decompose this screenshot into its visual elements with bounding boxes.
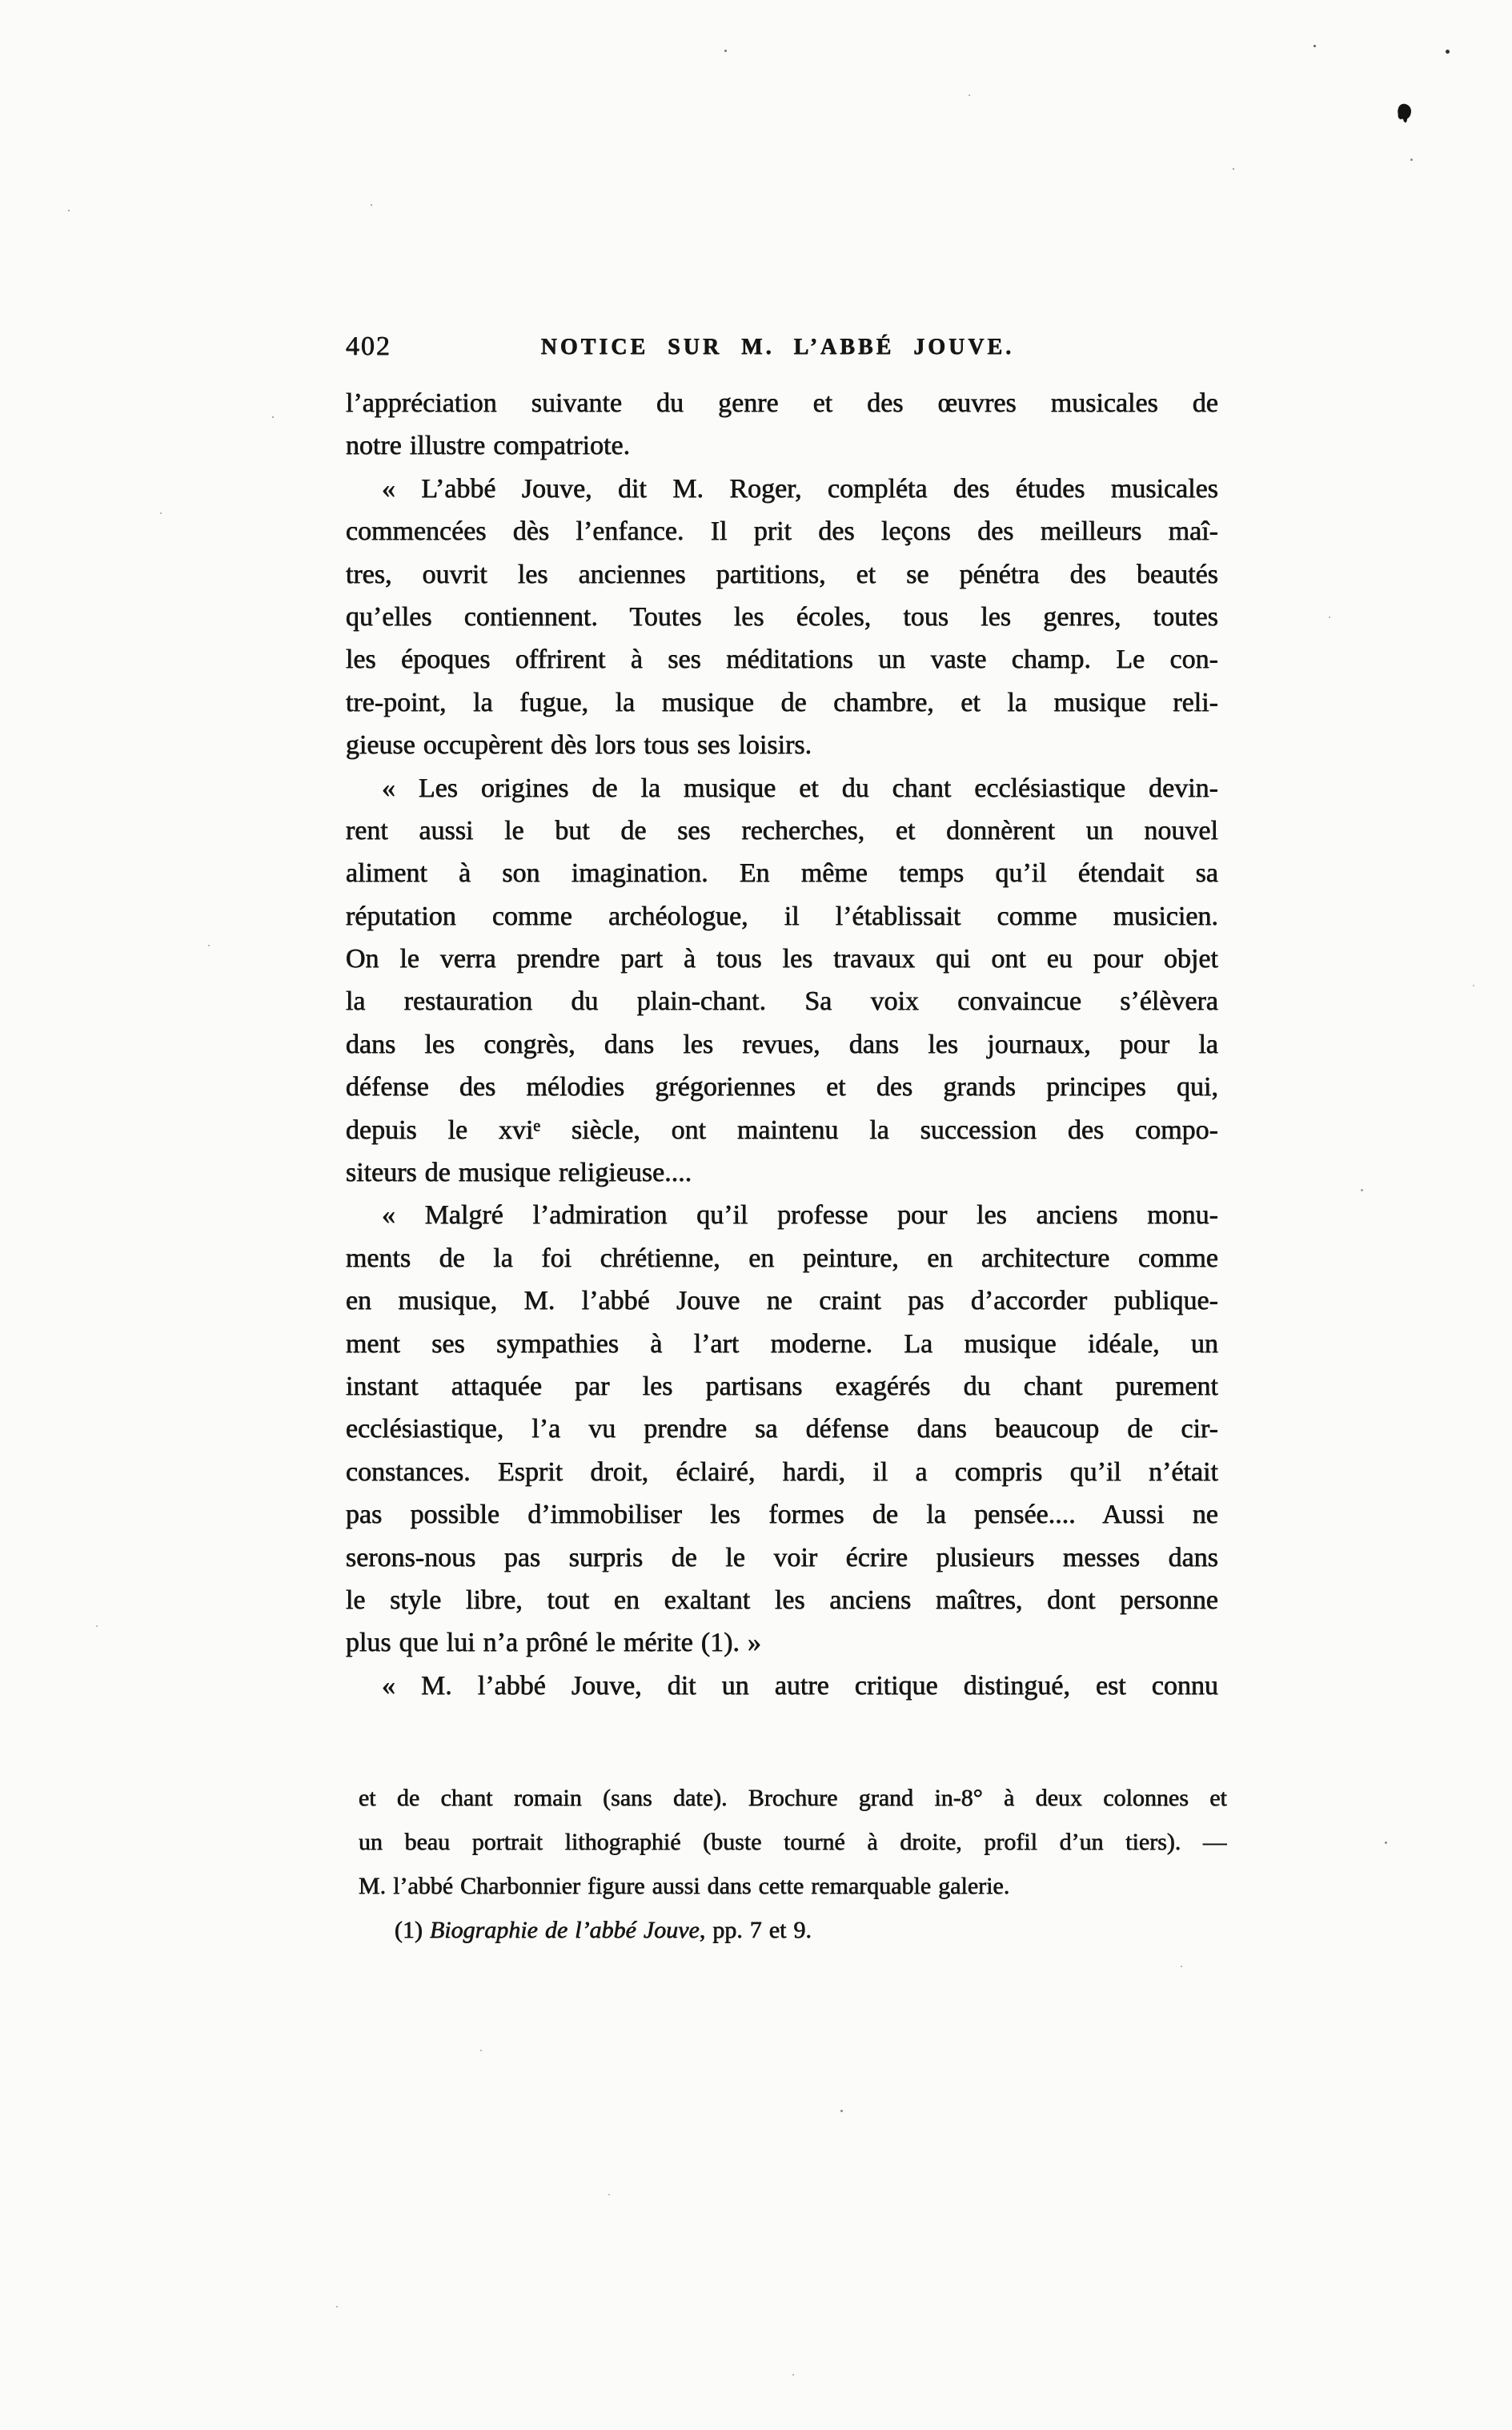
text-line: qu’elles contiennent. Toutes les écoles,… bbox=[346, 596, 1218, 638]
scan-speck bbox=[1329, 617, 1330, 618]
text-segment: l’appréciation suivante du genre et des … bbox=[346, 388, 1218, 418]
scan-speck bbox=[336, 2306, 338, 2307]
scan-speck bbox=[724, 50, 727, 52]
text-line: la restauration du plain-chant. Sa voix … bbox=[346, 980, 1218, 1022]
italic-citation-text: Biographie de l’abbé Jouve bbox=[430, 1917, 700, 1943]
page-number: 402 bbox=[346, 328, 391, 365]
scan-speck bbox=[1181, 1966, 1182, 1967]
text-segment: tre-point, la fugue, la musique de chamb… bbox=[346, 688, 1218, 717]
text-segment: « Les origines de la musique et du chant… bbox=[382, 773, 1218, 803]
text-line: ments de la foi chrétienne, en peinture,… bbox=[346, 1237, 1218, 1279]
text-line: « Les origines de la musique et du chant… bbox=[346, 767, 1218, 809]
footnote-block: et de chant romain (sans date). Brochure… bbox=[359, 1776, 1227, 1952]
text-line: et de chant romain (sans date). Brochure… bbox=[359, 1776, 1227, 1820]
text-line: « L’abbé Jouve, dit M. Roger, compléta d… bbox=[346, 468, 1218, 510]
text-segment: et de chant romain (sans date). Brochure… bbox=[359, 1785, 1227, 1811]
text-line: les époques offrirent à ses méditations … bbox=[346, 638, 1218, 681]
text-segment: dans les congrès, dans les revues, dans … bbox=[346, 1030, 1218, 1059]
text-line: tre-point, la fugue, la musique de chamb… bbox=[346, 681, 1218, 724]
text-segment: la restauration du plain-chant. Sa voix … bbox=[346, 986, 1218, 1016]
scan-speck bbox=[608, 2194, 610, 2195]
scan-speck bbox=[792, 2374, 794, 2376]
text-line: gieuse occupèrent dès lors tous ses lois… bbox=[346, 724, 1218, 766]
text-segment: ment ses sympathies à l’art moderne. La … bbox=[346, 1329, 1218, 1359]
text-segment: rent aussi le but de ses recherches, et … bbox=[346, 816, 1218, 845]
text-segment: siteurs de musique religieuse.... bbox=[346, 1158, 692, 1187]
scan-speck bbox=[969, 94, 970, 96]
text-segment: tres, ouvrit les anciennes partitions, e… bbox=[346, 560, 1218, 589]
text-line: M. l’abbé Charbonnier figure aussi dans … bbox=[359, 1864, 1227, 1908]
text-segment: ecclésiastique, l’a vu prendre sa défens… bbox=[346, 1414, 1218, 1444]
text-segment: pas possible d’immobiliser les formes de… bbox=[346, 1500, 1218, 1529]
scan-speck bbox=[1385, 1842, 1387, 1844]
text-segment: depuis le xviᵉ siècle, ont maintenu la s… bbox=[346, 1115, 1218, 1145]
text-segment: M. l’abbé Charbonnier figure aussi dans … bbox=[359, 1873, 1009, 1899]
text-line: tres, ouvrit les anciennes partitions, e… bbox=[346, 553, 1218, 596]
text-line: l’appréciation suivante du genre et des … bbox=[346, 382, 1218, 424]
text-segment: constances. Esprit droit, éclairé, hardi… bbox=[346, 1457, 1218, 1487]
text-line: (1) Biographie de l’abbé Jouve, pp. 7 et… bbox=[359, 1908, 1227, 1952]
text-segment: réputation comme archéologue, il l’établ… bbox=[346, 902, 1218, 931]
text-segment: en musique, M. l’abbé Jouve ne craint pa… bbox=[346, 1286, 1218, 1315]
text-segment: plus que lui n’a prôné le mérite (1). » bbox=[346, 1628, 761, 1657]
text-segment: commencées dès l’enfance. Il prit des le… bbox=[346, 516, 1218, 546]
text-segment: un beau portrait lithographié (buste tou… bbox=[359, 1829, 1227, 1855]
body-text-block: l’appréciation suivante du genre et des … bbox=[346, 382, 1218, 1707]
text-segment: notre illustre compatriote. bbox=[346, 431, 630, 460]
scan-speck bbox=[68, 210, 70, 211]
text-line: dans les congrès, dans les revues, dans … bbox=[346, 1023, 1218, 1066]
scanned-book-page: 402 NOTICE SUR M. L’ABBÉ JOUVE. l’appréc… bbox=[0, 0, 1512, 2430]
scan-speck bbox=[272, 416, 274, 418]
running-header: 402 NOTICE SUR M. L’ABBÉ JOUVE. bbox=[346, 328, 1218, 365]
scan-speck bbox=[1313, 45, 1316, 47]
text-segment: « M. l’abbé Jouve, dit un autre critique… bbox=[382, 1671, 1218, 1701]
text-line: en musique, M. l’abbé Jouve ne craint pa… bbox=[346, 1279, 1218, 1322]
text-line: plus que lui n’a prôné le mérite (1). » bbox=[346, 1621, 1218, 1664]
text-line: serons-nous pas surpris de le voir écrir… bbox=[346, 1536, 1218, 1579]
text-segment: le style libre, tout en exaltant les anc… bbox=[346, 1585, 1218, 1615]
text-segment: (1) bbox=[395, 1917, 430, 1943]
scan-speck bbox=[1361, 1189, 1363, 1191]
text-segment: On le verra prendre part à tous les trav… bbox=[346, 944, 1218, 974]
text-line: siteurs de musique religieuse.... bbox=[346, 1151, 1218, 1194]
text-line: un beau portrait lithographié (buste tou… bbox=[359, 1820, 1227, 1864]
text-line: aliment à son imagination. En même temps… bbox=[346, 852, 1218, 894]
scan-speck bbox=[480, 2050, 482, 2051]
text-line: ecclésiastique, l’a vu prendre sa défens… bbox=[346, 1408, 1218, 1450]
text-line: pas possible d’immobiliser les formes de… bbox=[346, 1493, 1218, 1536]
text-segment: les époques offrirent à ses méditations … bbox=[346, 645, 1218, 674]
text-line: réputation comme archéologue, il l’établ… bbox=[346, 895, 1218, 938]
text-line: On le verra prendre part à tous les trav… bbox=[346, 938, 1218, 980]
scan-speck bbox=[1473, 985, 1474, 986]
text-line: « M. l’abbé Jouve, dit un autre critique… bbox=[346, 1665, 1218, 1707]
text-line: commencées dès l’enfance. Il prit des le… bbox=[346, 510, 1218, 552]
scan-speck bbox=[840, 2110, 843, 2112]
text-line: rent aussi le but de ses recherches, et … bbox=[346, 809, 1218, 852]
scan-speck bbox=[1446, 50, 1450, 54]
scan-speck bbox=[1410, 159, 1413, 161]
text-line: notre illustre compatriote. bbox=[346, 424, 1218, 467]
text-line: « Malgré l’admiration qu’il professe pou… bbox=[346, 1194, 1218, 1236]
text-line: le style libre, tout en exaltant les anc… bbox=[346, 1579, 1218, 1621]
running-title: NOTICE SUR M. L’ABBÉ JOUVE. bbox=[541, 329, 1014, 366]
text-segment: serons-nous pas surpris de le voir écrir… bbox=[346, 1543, 1218, 1572]
ink-blot bbox=[1395, 102, 1413, 121]
scan-speck bbox=[160, 512, 162, 514]
text-segment: , pp. 7 et 9. bbox=[700, 1917, 812, 1943]
text-line: instant attaquée par les partisans exagé… bbox=[346, 1365, 1218, 1408]
text-line: ment ses sympathies à l’art moderne. La … bbox=[346, 1323, 1218, 1365]
scan-speck bbox=[96, 1625, 98, 1627]
text-line: depuis le xviᵉ siècle, ont maintenu la s… bbox=[346, 1109, 1218, 1151]
scan-speck bbox=[371, 204, 372, 206]
text-line: constances. Esprit droit, éclairé, hardi… bbox=[346, 1451, 1218, 1493]
text-segment: qu’elles contiennent. Toutes les écoles,… bbox=[346, 602, 1218, 632]
text-segment: « Malgré l’admiration qu’il professe pou… bbox=[382, 1200, 1218, 1230]
text-line: défense des mélodies grégoriennes et des… bbox=[346, 1066, 1218, 1108]
text-segment: instant attaquée par les partisans exagé… bbox=[346, 1372, 1218, 1401]
text-segment: aliment à son imagination. En même temps… bbox=[346, 858, 1218, 888]
scan-speck bbox=[1233, 168, 1234, 170]
scan-speck bbox=[208, 945, 210, 946]
text-segment: défense des mélodies grégoriennes et des… bbox=[346, 1072, 1218, 1102]
text-segment: ments de la foi chrétienne, en peinture,… bbox=[346, 1243, 1218, 1273]
text-segment: gieuse occupèrent dès lors tous ses lois… bbox=[346, 730, 812, 760]
text-segment: « L’abbé Jouve, dit M. Roger, compléta d… bbox=[382, 474, 1218, 504]
